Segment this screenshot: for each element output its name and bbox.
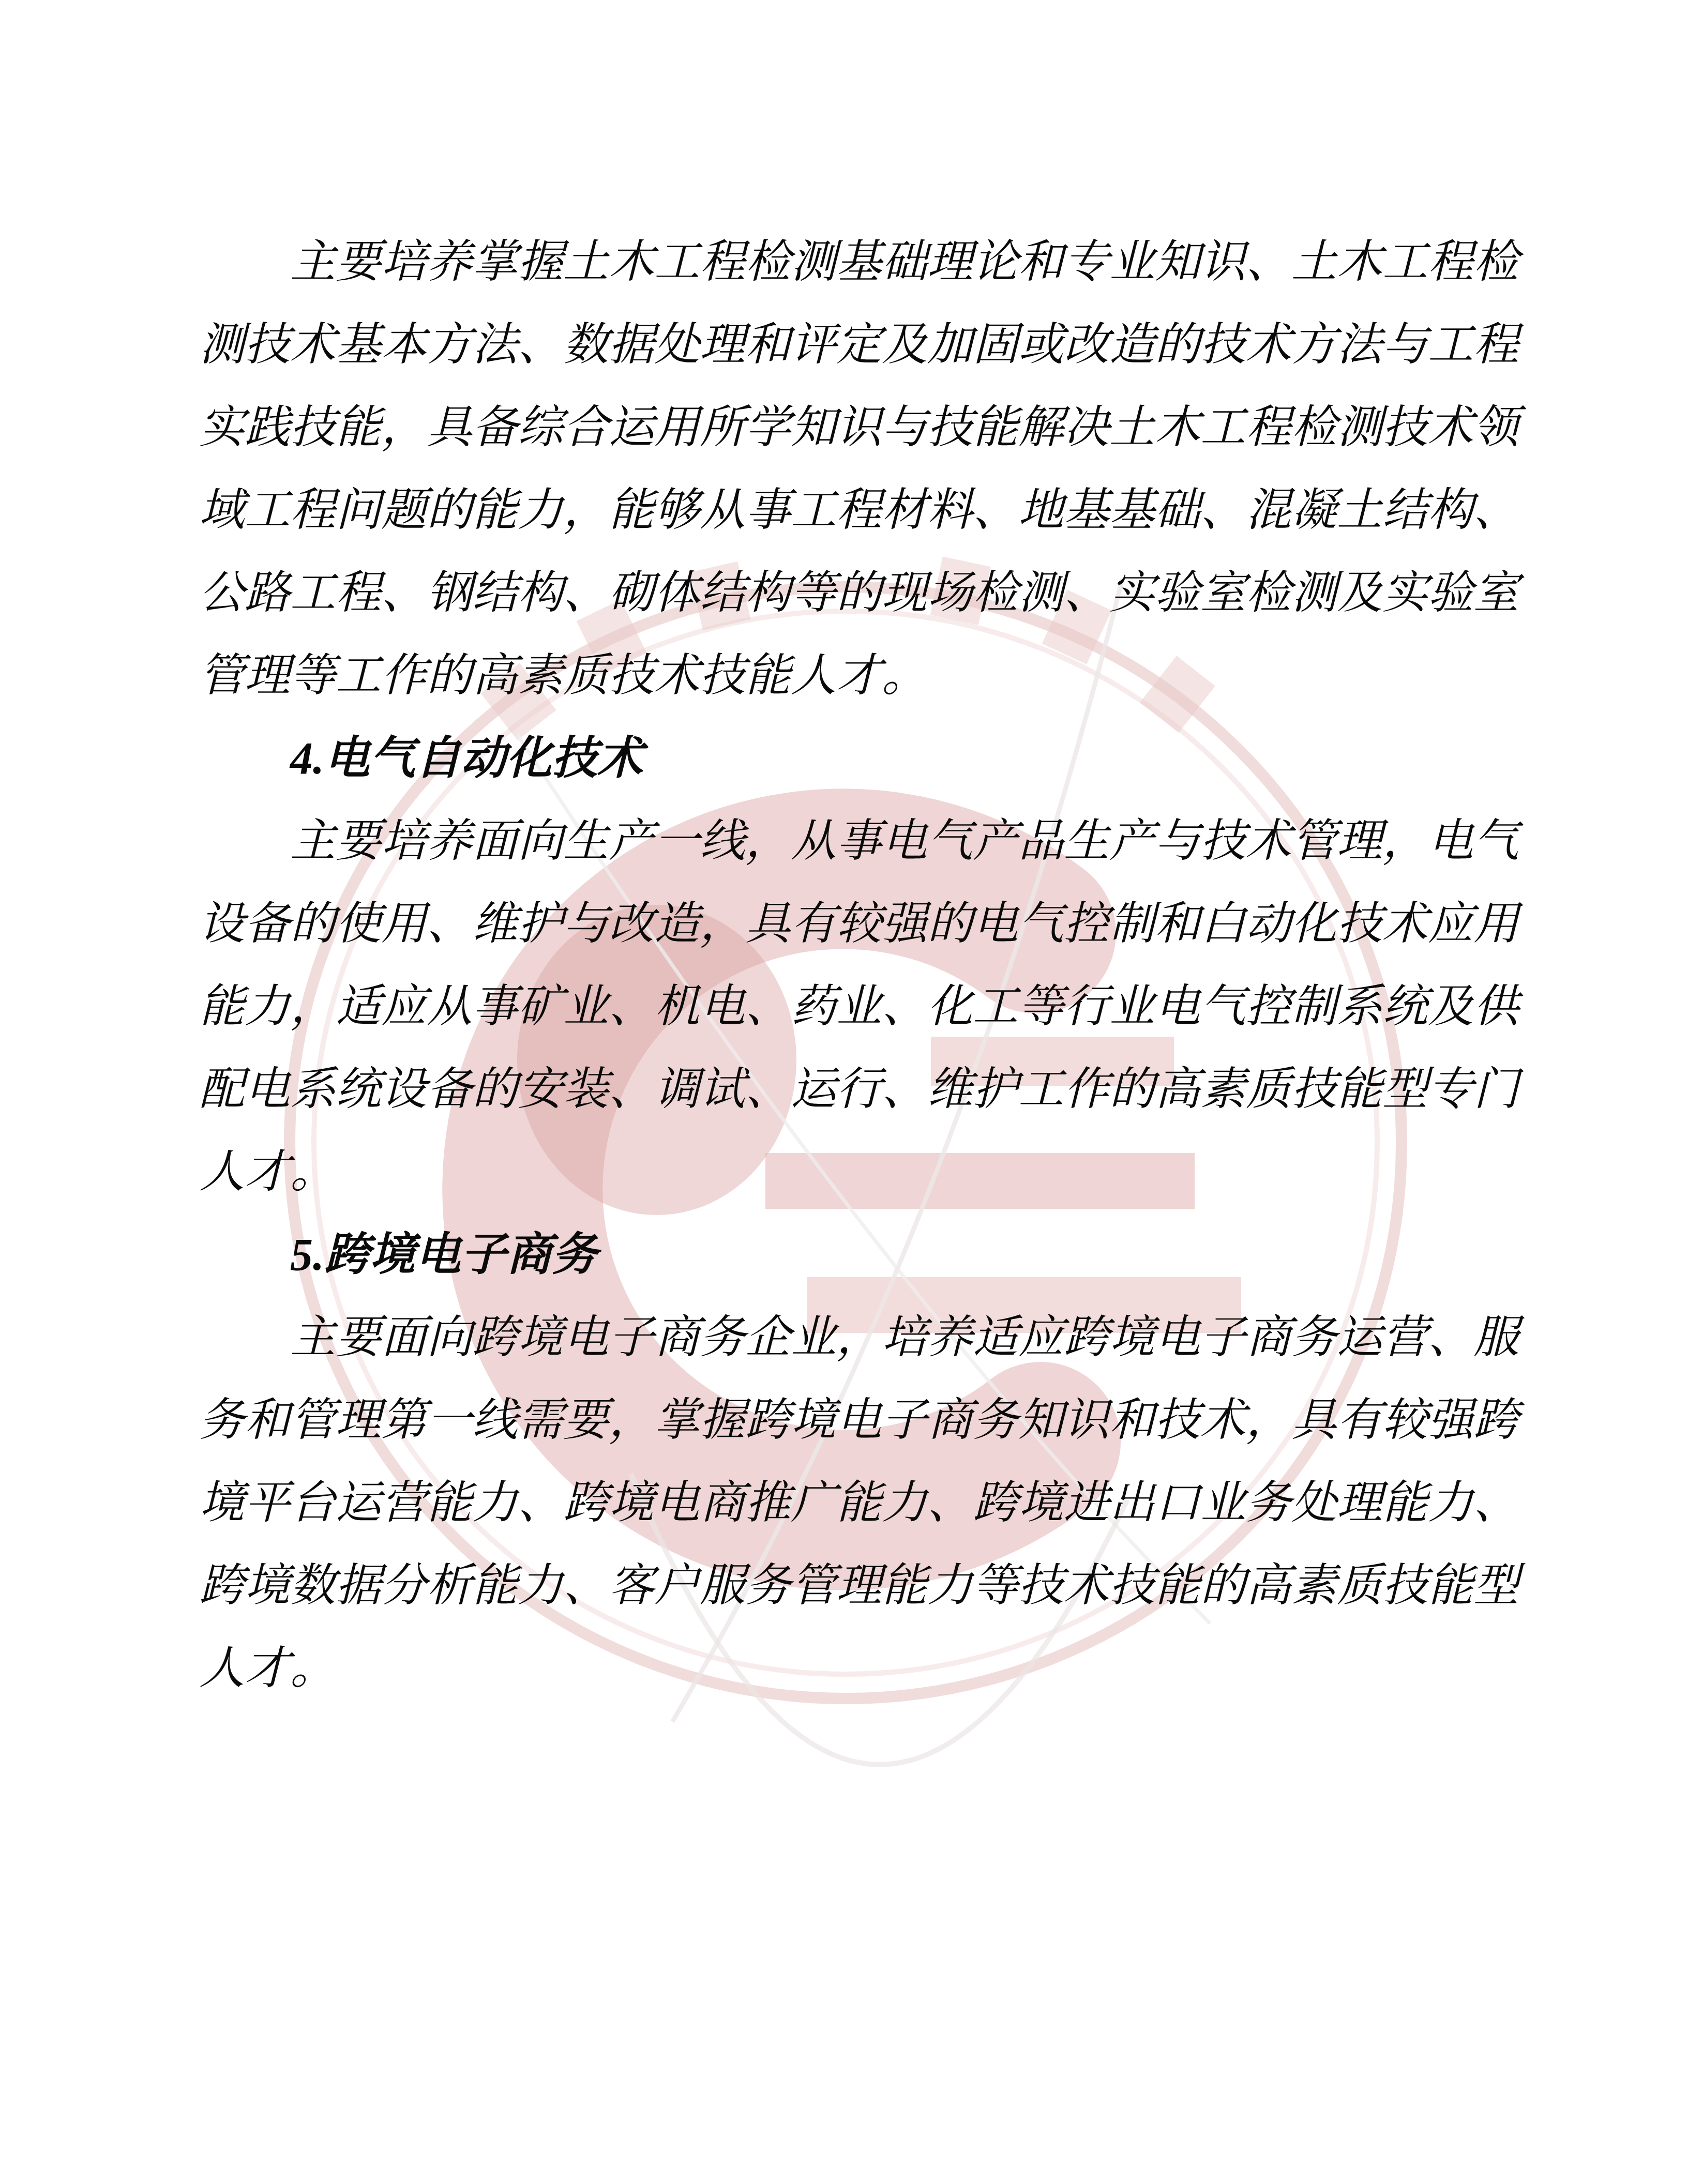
heading-cross-border-ecommerce: 5.跨境电子商务 xyxy=(199,1214,1519,1297)
heading-electrical-automation: 4.电气自动化技术 xyxy=(199,718,1519,800)
scanned-document-page: 主要培养掌握土木工程检测基础理论和专业知识、土木工程检测技术基本方法、数据处理和… xyxy=(0,0,1688,2184)
paragraph-civil-engineering-testing: 主要培养掌握土木工程检测基础理论和专业知识、土木工程检测技术基本方法、数据处理和… xyxy=(199,221,1519,718)
paragraph-cross-border-ecommerce: 主要面向跨境电子商务企业，培养适应跨境电子商务运营、服务和管理第一线需要，掌握跨… xyxy=(199,1297,1519,1710)
document-text-block: 主要培养掌握土木工程检测基础理论和专业知识、土木工程检测技术基本方法、数据处理和… xyxy=(199,221,1519,1710)
paragraph-electrical-automation: 主要培养面向生产一线，从事电气产品生产与技术管理，电气设备的使用、维护与改造，具… xyxy=(199,800,1519,1214)
